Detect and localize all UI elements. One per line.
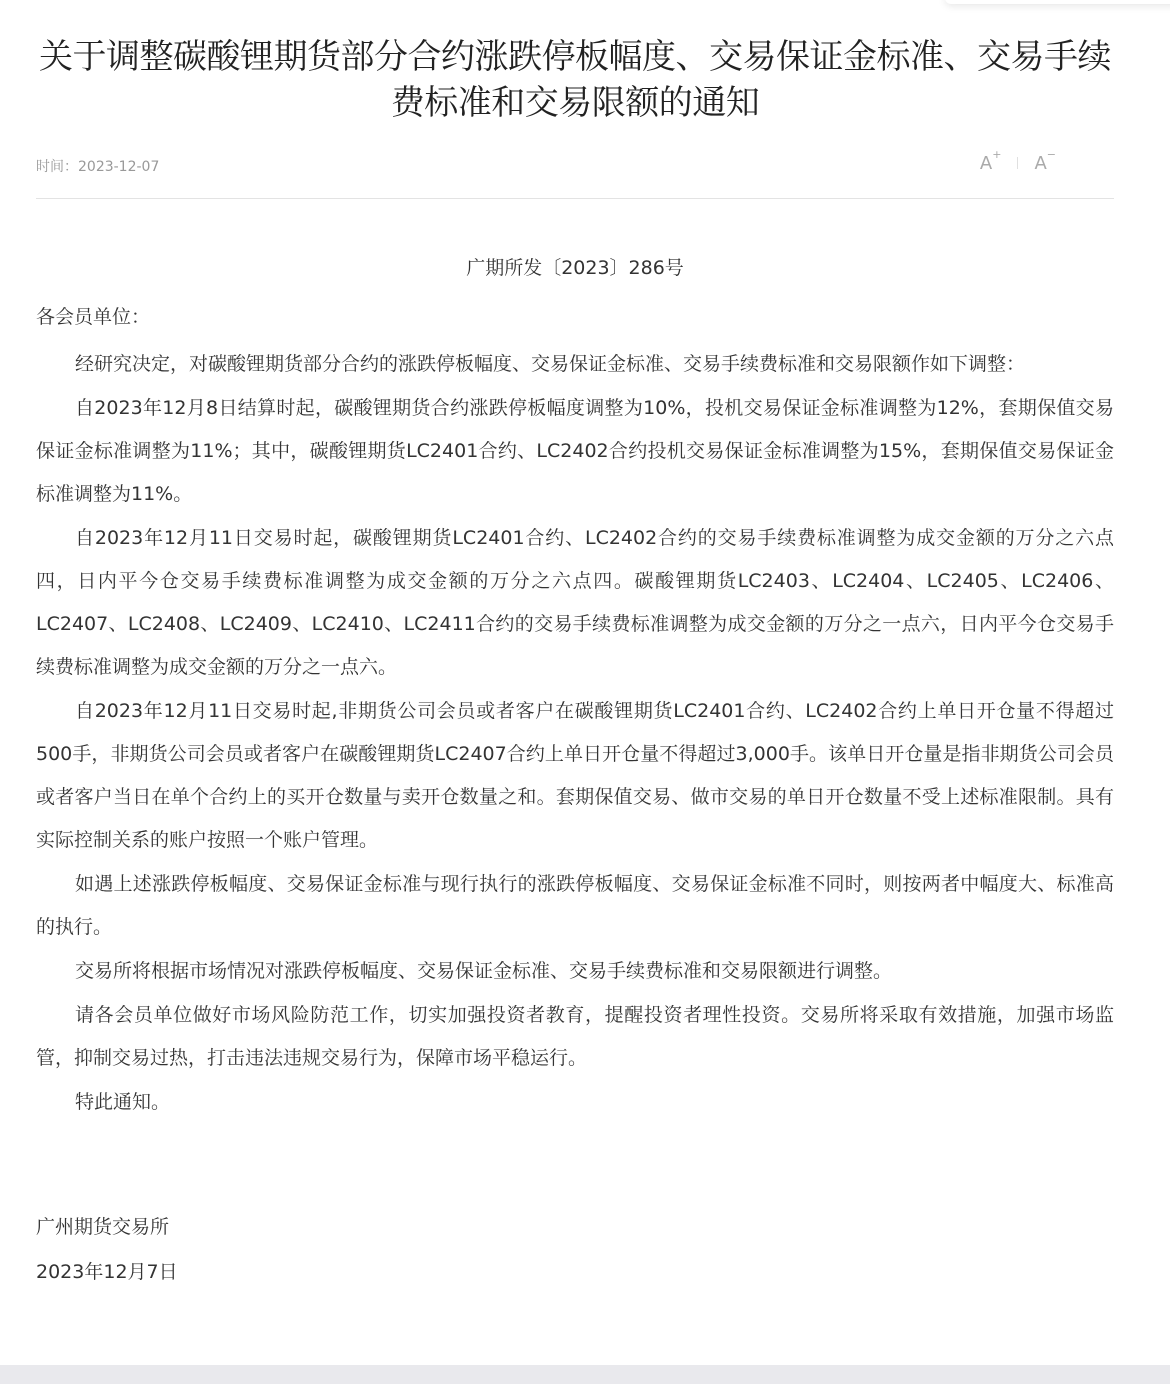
font-size-controls: A+ A−: [978, 152, 1058, 174]
publish-time: 时间：2023-12-07: [36, 156, 159, 176]
paragraph-position-limits: 自2023年12月11日交易时起,非期货公司会员或者客户在碳酸锂期货LC2401…: [36, 690, 1114, 862]
document-number: 广期所发〔2023〕286号: [36, 247, 1114, 290]
font-controls-divider: [1017, 157, 1018, 169]
article: 关于调整碳酸锂期货部分合约涨跌停板幅度、交易保证金标准、交易手续费标准和交易限额…: [36, 0, 1114, 1294]
signature-block: 广州期货交易所 2023年12月7日: [36, 1206, 1114, 1294]
issuing-organization: 广州期货交易所: [36, 1206, 1114, 1249]
article-meta: 时间：2023-12-07 A+ A−: [36, 156, 1114, 199]
paragraph-margin-limits: 自2023年12月8日结算时起，碳酸锂期货合约涨跌停板幅度调整为10%，投机交易…: [36, 387, 1114, 516]
paragraph-fees: 自2023年12月11日交易时起，碳酸锂期货LC2401合约、LC2402合约的…: [36, 517, 1114, 689]
font-increase-button[interactable]: A+: [978, 152, 1004, 174]
font-decrease-button[interactable]: A−: [1032, 152, 1058, 174]
paragraph-future-adjustment: 交易所将根据市场情况对涨跌停板幅度、交易保证金标准、交易手续费标准和交易限额进行…: [36, 950, 1114, 993]
article-body: 广期所发〔2023〕286号 各会员单位： 经研究决定，对碳酸锂期货部分合约的涨…: [36, 247, 1114, 1294]
font-decrease-icon: A−: [1034, 153, 1056, 174]
paragraph-closing: 特此通知。: [36, 1081, 1114, 1124]
page-title: 关于调整碳酸锂期货部分合约涨跌停板幅度、交易保证金标准、交易手续费标准和交易限额…: [36, 0, 1114, 126]
paragraph-intro: 经研究决定，对碳酸锂期货部分合约的涨跌停板幅度、交易保证金标准、交易手续费标准和…: [36, 343, 1114, 386]
paragraph-conflict-rule: 如遇上述涨跌停板幅度、交易保证金标准与现行执行的涨跌停板幅度、交易保证金标准不同…: [36, 863, 1114, 949]
paragraph-risk-notice: 请各会员单位做好市场风险防范工作，切实加强投资者教育，提醒投资者理性投资。交易所…: [36, 994, 1114, 1080]
issue-date: 2023年12月7日: [36, 1251, 1114, 1294]
page-footer: [0, 1365, 1170, 1384]
font-increase-icon: A+: [980, 153, 1002, 174]
salutation: 各会员单位：: [36, 296, 1114, 339]
